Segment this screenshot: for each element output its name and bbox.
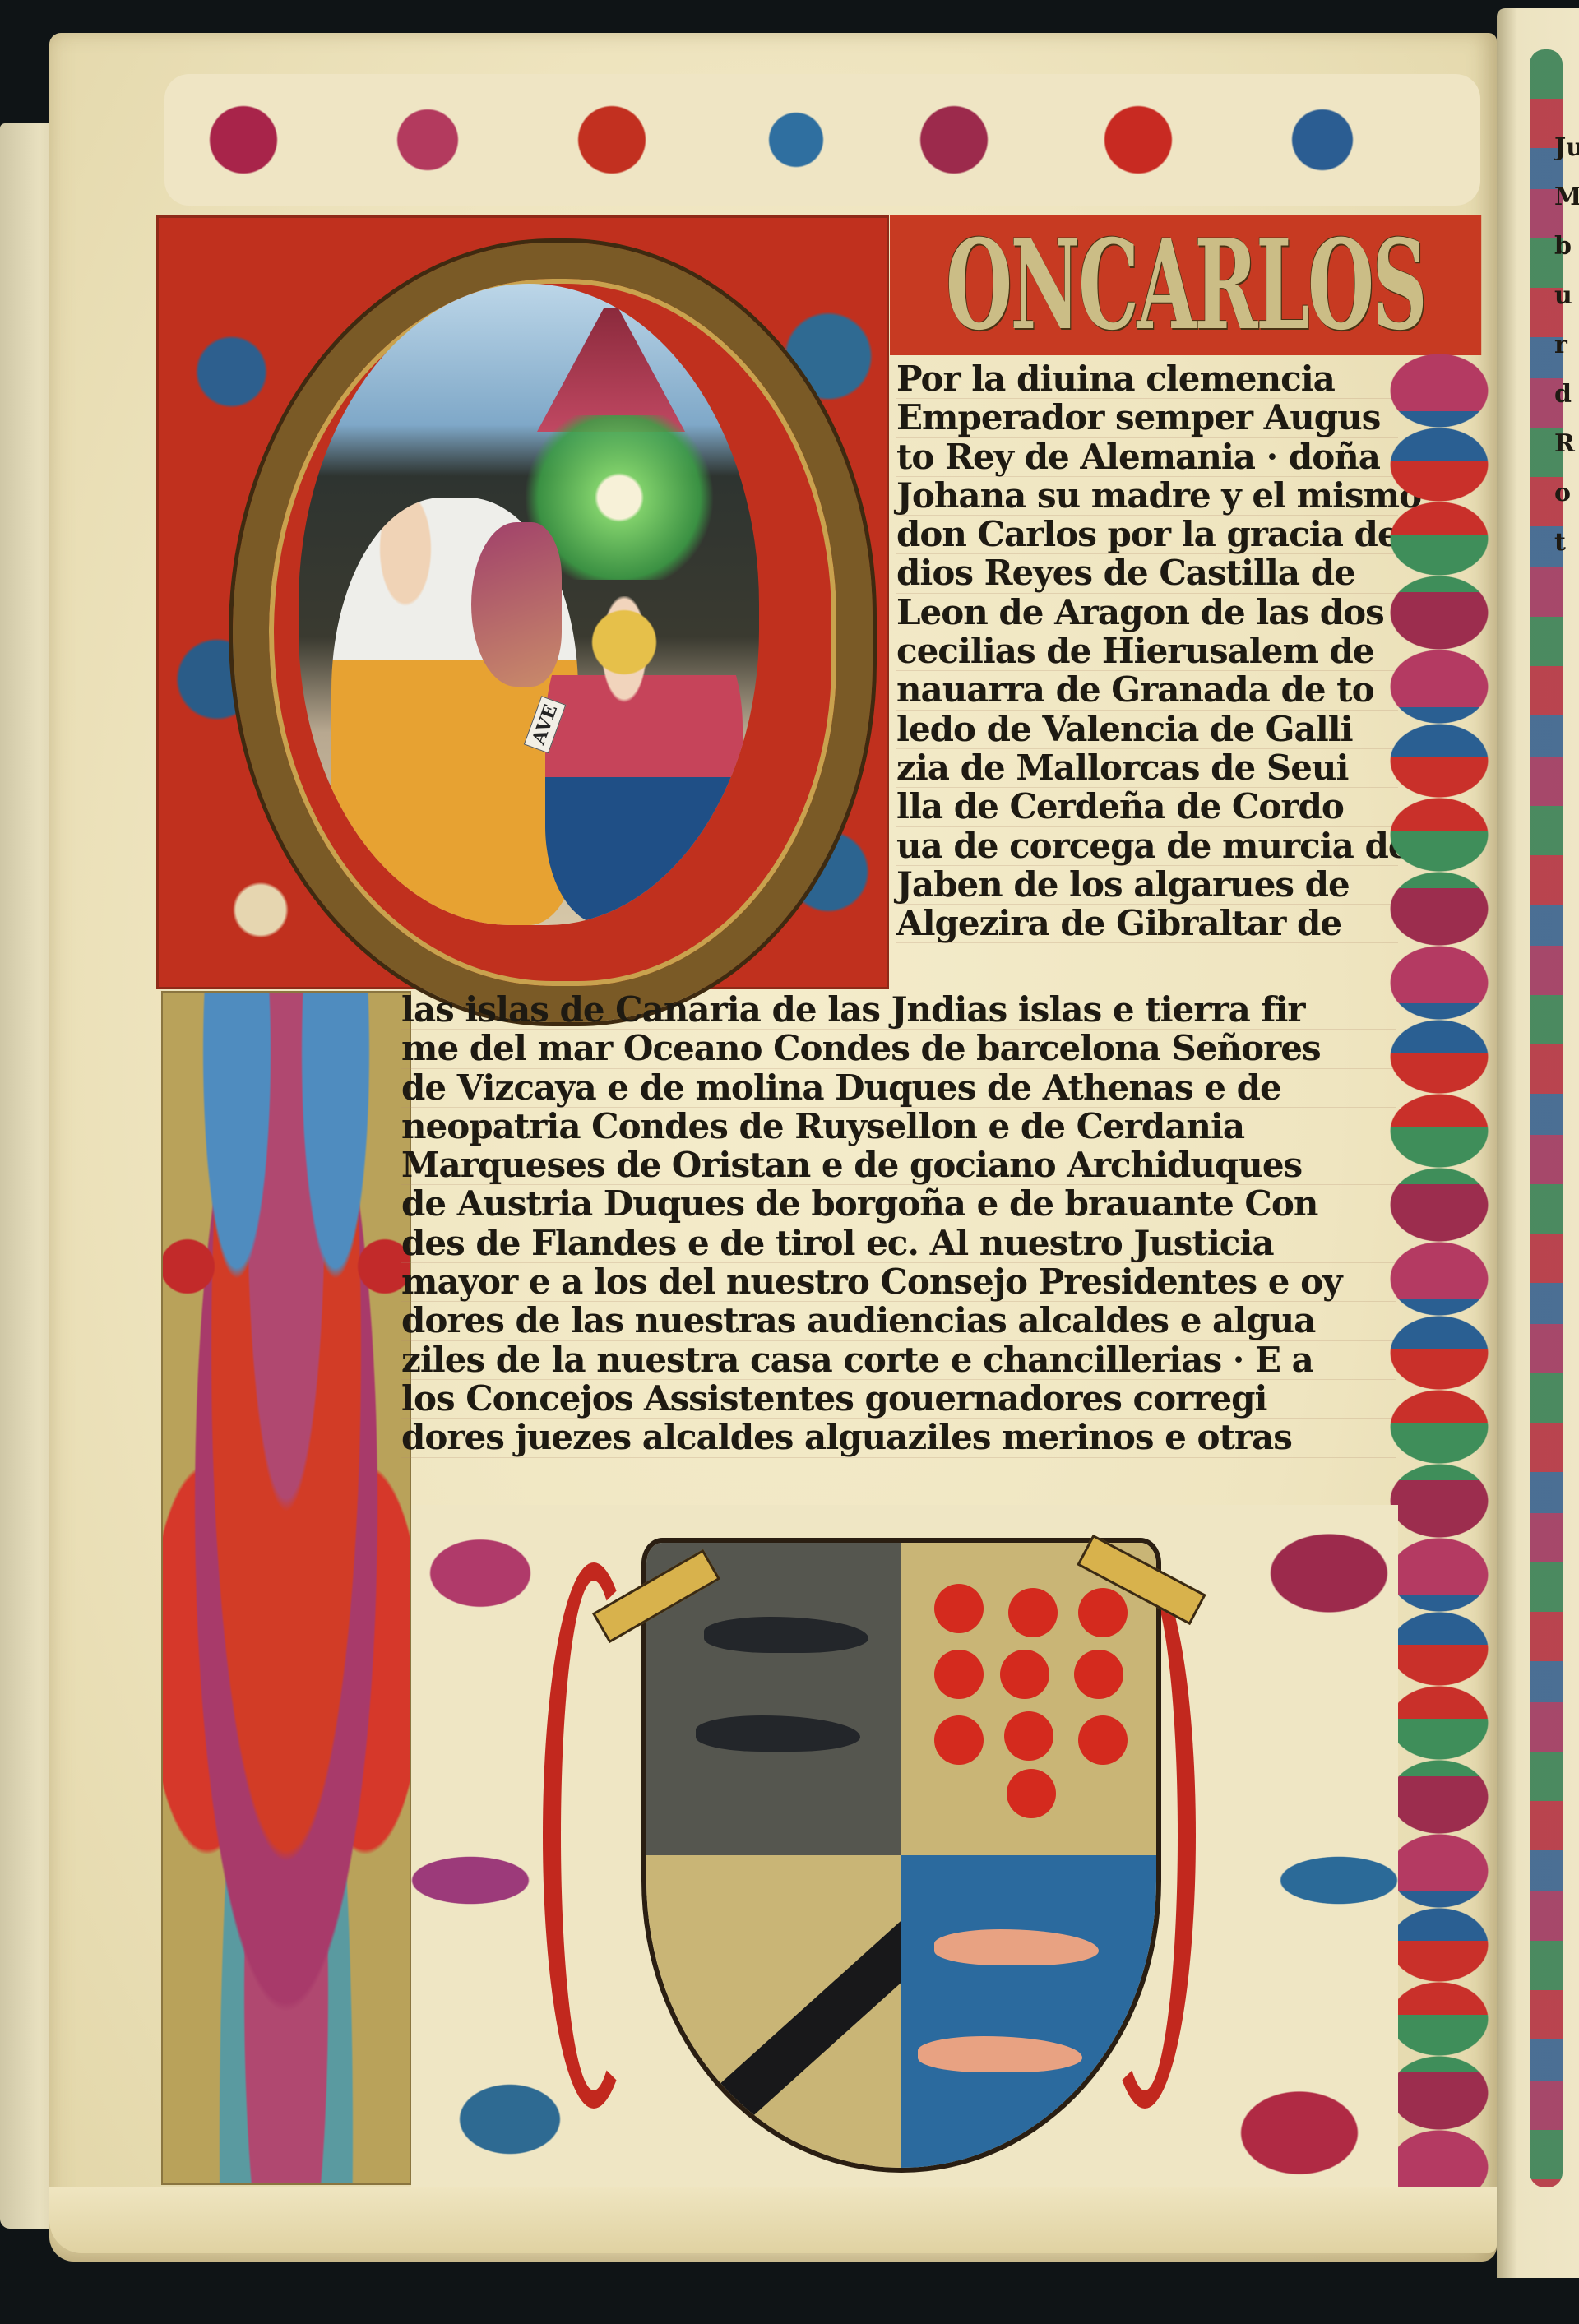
text-line: ua de corcega de murcia de bbox=[896, 827, 1398, 866]
text-line: Jaben de los algarues de bbox=[896, 866, 1398, 905]
mantling-left-icon bbox=[543, 1562, 645, 2109]
roundel-icon bbox=[1078, 1715, 1128, 1765]
roundel-icon bbox=[1004, 1711, 1053, 1761]
text-line: lla de Cerdeña de Cordo bbox=[896, 788, 1398, 826]
historiated-initial: AVE bbox=[156, 215, 889, 989]
text-line: los Concejos Assistentes gouernadores co… bbox=[401, 1380, 1396, 1419]
text-line: de Vizcaya e de molina Duques de Athenas… bbox=[401, 1069, 1396, 1108]
text-line: ledo de Valencia de Galli bbox=[896, 711, 1398, 749]
top-decorative-border bbox=[164, 74, 1480, 206]
roundel-icon bbox=[1078, 1588, 1128, 1637]
text-line: las islas de Canaria de las Jndias islas… bbox=[401, 991, 1396, 1030]
text-line: Marqueses de Oristan e de gociano Archid… bbox=[401, 1146, 1396, 1185]
text-line: Leon de Aragon de las dos bbox=[896, 594, 1398, 632]
angel-wing-icon bbox=[471, 522, 562, 687]
text-line: Emperador semper Augus bbox=[896, 399, 1398, 437]
text-line: des de Flandes e de tirol ec. Al nuestro… bbox=[401, 1224, 1396, 1263]
text-line: dores juezes alcaldes alguaziles merinos… bbox=[401, 1419, 1396, 1457]
bend-sable-icon bbox=[653, 1858, 901, 2168]
heading-panel: ONCARLOS bbox=[890, 215, 1482, 355]
text-line: de Austria Duques de borgoña e de brauan… bbox=[401, 1185, 1396, 1224]
coat-of-arms-shield bbox=[641, 1538, 1161, 2173]
roundel-icon bbox=[1000, 1650, 1049, 1699]
wolf-icon bbox=[696, 1715, 860, 1752]
shield-quarter-wolves-azure bbox=[901, 1855, 1156, 2168]
facing-page-text: Ju M b u r d R o t bbox=[1554, 123, 1579, 567]
text-line: nauarra de Granada de to bbox=[896, 671, 1398, 710]
text-line: don Carlos por la gracia de bbox=[896, 516, 1398, 554]
shield-quarter-bend bbox=[646, 1855, 901, 2168]
roundel-icon bbox=[1008, 1588, 1058, 1637]
right-decorative-border bbox=[1390, 354, 1489, 2204]
wolf-icon bbox=[918, 2036, 1082, 2072]
left-floral-panel bbox=[161, 991, 411, 2185]
annunciation-scene: AVE bbox=[299, 284, 759, 925]
text-line: mayor e a los del nuestro Consejo Presid… bbox=[401, 1263, 1396, 1302]
text-line: Algezira de Gibraltar de bbox=[896, 905, 1398, 943]
roundel-icon bbox=[934, 1715, 984, 1765]
text-line: zia de Mallorcas de Seui bbox=[896, 749, 1398, 788]
text-line: cecilias de Hierusalem de bbox=[896, 632, 1398, 671]
text-line: neopatria Condes de Ruysellon e de Cerda… bbox=[401, 1108, 1396, 1146]
bottom-margin bbox=[49, 2187, 1497, 2253]
virgin-mary-figure bbox=[545, 596, 743, 925]
text-line: Por la diuina clemencia bbox=[896, 360, 1398, 399]
roundel-icon bbox=[1007, 1769, 1056, 1818]
wolf-icon bbox=[934, 1929, 1099, 1965]
text-line: Johana su madre y el mismo bbox=[896, 477, 1398, 516]
shield-quarter-roundels bbox=[901, 1543, 1156, 1855]
text-line: dores de las nuestras audiencias alcalde… bbox=[401, 1302, 1396, 1340]
heading-title: ONCARLOS bbox=[890, 215, 1481, 355]
text-block-upper: Por la diuina clemencia Emperador semper… bbox=[896, 360, 1398, 943]
wolf-icon bbox=[704, 1617, 868, 1653]
text-block-lower: las islas de Canaria de las Jndias islas… bbox=[401, 991, 1396, 1458]
roundel-icon bbox=[934, 1650, 984, 1699]
text-line: ziles de la nuestra casa corte e chancil… bbox=[401, 1341, 1396, 1380]
text-line: dios Reyes de Castilla de bbox=[896, 554, 1398, 593]
text-line: me del mar Oceano Condes de barcelona Se… bbox=[401, 1030, 1396, 1068]
text-line: to Rey de Alemania · doña bbox=[896, 438, 1398, 477]
roundel-icon bbox=[1074, 1650, 1123, 1699]
roundel-icon bbox=[934, 1584, 984, 1633]
